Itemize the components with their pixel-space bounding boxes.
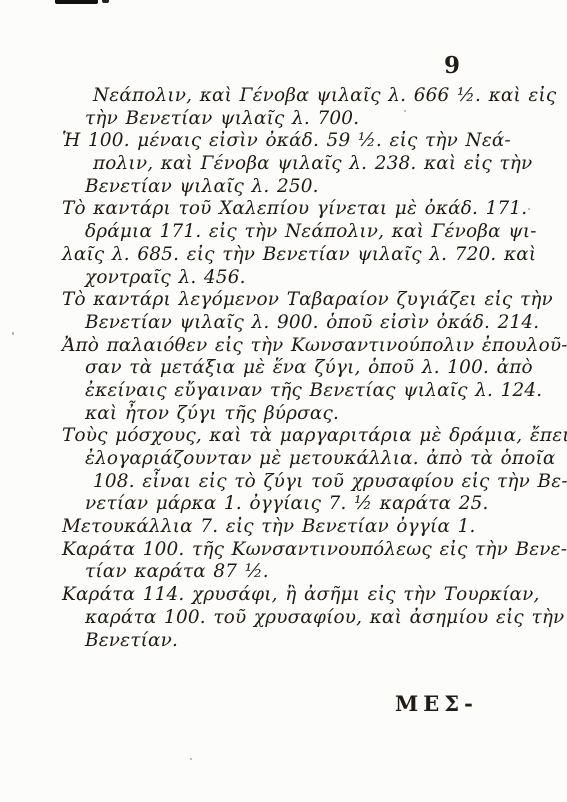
text-line: τὴν Βενετίαν ψιλαῖς λ. 700. <box>85 108 522 131</box>
text-line: καράτα 100. τοῦ χρυσαφίου, καὶ ἀσημίου ε… <box>85 607 522 630</box>
text-line: ἐλογαριάζουνταν μὲ μετουκάλλια. ἀπὸ τὰ ὁ… <box>85 448 522 471</box>
text-line: δράμια 171. εἰς τὴν Νεάπολιν, καὶ Γένοβα… <box>85 221 522 244</box>
text-line: Νεάπολιν, καὶ Γένοβα ψιλαῖς λ. 666 ½. κα… <box>93 85 522 108</box>
text-line: πολιν, καὶ Γένοβα ψιλαῖς λ. 238. καὶ εἰς… <box>93 153 522 176</box>
text-line: νετίαν μάρκα 1. ὀγγίαις 7. ½ καράτα 25. <box>85 493 522 516</box>
text-line: Βενετίαν ψιλαῖς λ. 900. ὁποῦ εἰσὶν ὀκάδ.… <box>85 312 522 335</box>
text-line: Βενετίαν ψιλαῖς λ. 250. <box>85 176 522 199</box>
page-number: 9 <box>444 52 461 79</box>
text-line: Μετουκάλλια 7. εἰς τὴν Βενετίαν ὀγγία 1. <box>62 516 522 539</box>
text-line: Καράτα 100. τῆς Κωνσαντινουπόλεως εἰς τὴ… <box>62 539 522 562</box>
scan-artifact <box>55 0 98 4</box>
text-line: Καράτα 114. χρυσάφι, ἢ ἀσῆμι εἰς τὴν Του… <box>62 584 522 607</box>
text-line: σαν τὰ μετάξια μὲ ἕνα ζύγι, ὁποῦ λ. 100.… <box>85 357 522 380</box>
text-line: Τὸ καντάρι τοῦ Χαλεπίου γίνεται μὲ ὀκάδ.… <box>62 198 522 221</box>
scan-speckle <box>528 208 530 210</box>
scan-speckle <box>12 332 14 335</box>
text-line: καὶ ἦτον ζύγι τῆς βύρσας. <box>85 403 522 426</box>
text-line: χοντραῖς λ. 456. <box>85 267 522 290</box>
text-line: Ἀπὸ παλαιόθεν εἰς τὴν Κωνσαντινούπολιν ἐ… <box>62 335 522 358</box>
catchword: ΜΕΣ- <box>395 691 478 716</box>
book-page-scan: 9 Νεάπολιν, καὶ Γένοβα ψιλαῖς λ. 666 ½. … <box>0 0 567 802</box>
text-line: τίαν καράτα 87 ½. <box>85 561 522 584</box>
text-line: ἐκείναις εὔγαιναν τῆς Βενετίας ψιλαῖς λ.… <box>85 380 522 403</box>
scan-speckle <box>190 758 192 760</box>
body-text: Νεάπολιν, καὶ Γένοβα ψιλαῖς λ. 666 ½. κα… <box>62 85 522 652</box>
text-line: 108. εἶναι εἰς τὸ ζύγι τοῦ χρυσαφίου εἰς… <box>93 471 522 494</box>
text-line: Τοὺς μόσχους, καὶ τὰ μαργαριτάρια μὲ δρά… <box>62 425 522 448</box>
text-line: Ἡ 100. μέναις εἰσὶν ὀκάδ. 59 ½. εἰς τὴν … <box>62 130 522 153</box>
text-line: Τὸ καντάρι λεγόμενον Ταβαραίον ζυγιάζει … <box>62 289 522 312</box>
text-line: Βενετίαν. <box>85 630 522 653</box>
text-line: λαῖς λ. 685. εἰς τὴν Βενετίαν ψιλαῖς λ. … <box>62 244 522 267</box>
